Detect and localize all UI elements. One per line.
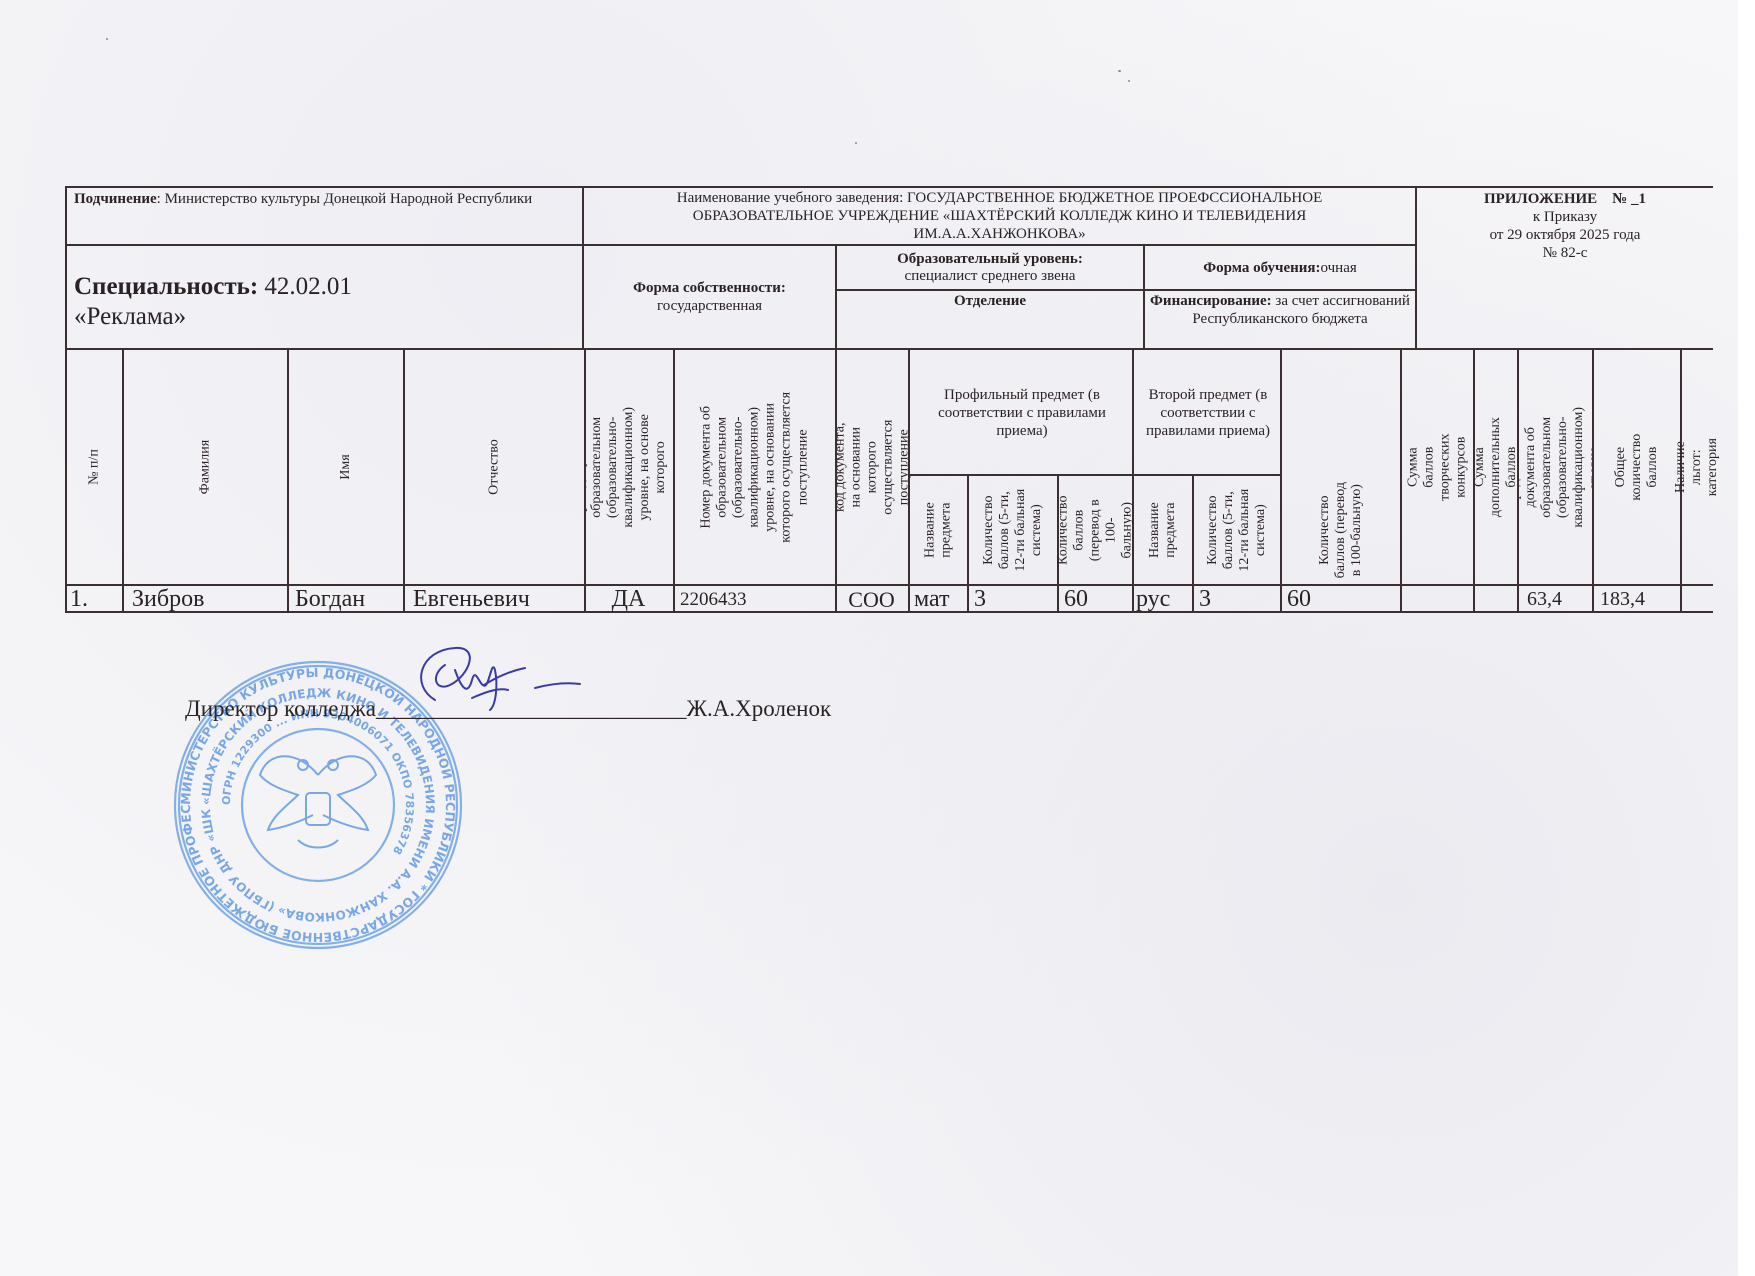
director-name: Ж.А.Хроленок bbox=[686, 696, 831, 721]
subordination-label: Подчинение bbox=[74, 191, 157, 207]
cell-doc-series: ДА bbox=[584, 586, 673, 612]
study-form-label: Форма обучения: bbox=[1203, 259, 1320, 277]
appendix-order: к Приказу bbox=[1417, 208, 1713, 226]
study-form-cell: Форма обучения: очная bbox=[1145, 246, 1415, 289]
handwritten-signature-icon bbox=[400, 640, 600, 720]
ownership-label: Форма собственности: bbox=[633, 279, 786, 297]
edu-level-label: Образовательный уровень: bbox=[897, 251, 1083, 268]
appendix-block: ПРИЛОЖЕНИЕ № _1 к Приказу от 29 октября … bbox=[1417, 190, 1713, 262]
cell-doc-number: 2206433 bbox=[680, 586, 747, 612]
eagle-emblem-icon bbox=[260, 756, 376, 847]
scan-speck bbox=[106, 38, 108, 40]
appendix-number: № 82-с bbox=[1417, 244, 1713, 262]
cell-profile-score-100: 60 bbox=[1064, 586, 1088, 612]
cell-num: 1. bbox=[70, 586, 88, 612]
col-header-profile-subject-name: Название предмета bbox=[910, 476, 967, 584]
col-header-total: Общее количество баллов bbox=[1594, 350, 1680, 584]
subordination-cell: Подчинение: Министерство культуры Донецк… bbox=[74, 190, 579, 209]
page-edge bbox=[1738, 0, 1755, 1276]
cell-doc-code: СОО bbox=[835, 586, 908, 612]
cell-total: 183,4 bbox=[1600, 586, 1645, 612]
appendix-date: от 29 октября 2025 года bbox=[1417, 226, 1713, 244]
col-header-second-subject-name: Название предмета bbox=[1134, 476, 1192, 584]
edu-level-cell: Образовательный уровень: специалист сред… bbox=[837, 246, 1143, 289]
scan-speck bbox=[855, 142, 857, 144]
col-header-profile-score-100: Количество баллов (перевод в 100-бальную… bbox=[1059, 476, 1132, 584]
ownership-value: государственная bbox=[657, 297, 762, 315]
financing-cell: Финансирование: за счет ассигнований Рес… bbox=[1150, 292, 1410, 328]
cell-second-score-100: 60 bbox=[1287, 586, 1311, 612]
col-header-profile-subject: Профильный предмет (в соответствии с пра… bbox=[912, 352, 1132, 474]
department-label: Отделение bbox=[837, 293, 1143, 310]
subordination-value: : Министерство культуры Донецкой Народно… bbox=[157, 191, 533, 207]
col-header-doc-code: код документа, на основании которого осу… bbox=[837, 350, 908, 584]
col-header-second-subject: Второй предмет (в соответствии с правила… bbox=[1136, 352, 1280, 474]
col-header-surname: Фамилия bbox=[124, 350, 287, 584]
col-header-extra-sum: Сумма дополнительных баллов bbox=[1475, 350, 1517, 584]
col-header-patronymic: Отчество bbox=[405, 350, 584, 584]
financing-label: Финансирование: bbox=[1150, 293, 1272, 309]
specialty-label: Специальность: bbox=[74, 273, 258, 300]
cell-second-score-5-12: 3 bbox=[1199, 586, 1211, 612]
institution-name: Наименование учебного заведения: ГОСУДАР… bbox=[584, 188, 1415, 244]
col-header-second-score-5-12: Количество баллов (5-ти, 12-ти бальная с… bbox=[1194, 476, 1280, 584]
col-header-doc-number: Номер документа об образовательном (обра… bbox=[675, 350, 835, 584]
cell-name: Богдан bbox=[295, 586, 365, 612]
col-header-num: № п/п bbox=[67, 350, 122, 584]
col-header-name: Имя bbox=[289, 350, 403, 584]
cell-profile-score-5-12: 3 bbox=[974, 586, 986, 612]
scan-speck bbox=[1128, 80, 1130, 82]
appendix-title: ПРИЛОЖЕНИЕ № _1 bbox=[1417, 190, 1713, 208]
col-header-profile-score-5-12: Количество баллов (5-ти, 12-ти бальная с… bbox=[969, 476, 1057, 584]
scan-speck bbox=[1118, 70, 1121, 72]
cell-patronymic: Евгеньевич bbox=[413, 586, 530, 612]
cell-profile-subject-name: мат bbox=[914, 586, 950, 612]
cell-avg-doc-score: 63,4 bbox=[1527, 586, 1562, 612]
cell-second-subject-name: рус bbox=[1136, 586, 1170, 612]
cell-surname: Зибров bbox=[132, 586, 204, 612]
specialty-cell: Специальность: 42.02.01 «Реклама» bbox=[74, 272, 579, 332]
col-header-doc-series: Серия документа об образовательном (обра… bbox=[586, 350, 673, 584]
col-header-creative-sum: Сумма баллов творческих конкурсов bbox=[1402, 350, 1473, 584]
ownership-cell: Форма собственности: государственная bbox=[584, 246, 835, 348]
col-header-benefits: Наличие льгот: категория bbox=[1682, 350, 1713, 584]
director-label: Директор колледжа bbox=[185, 696, 376, 721]
specialty-code: 42.02.01 bbox=[258, 273, 352, 300]
col-header-second-score-100: Количество баллов (перевод в 100-бальную… bbox=[1282, 476, 1400, 584]
study-form-value: очная bbox=[1321, 259, 1357, 277]
col-header-avg-doc-score: Средний балл документа об образовательно… bbox=[1519, 350, 1592, 584]
edu-level-value: специалист среднего звена bbox=[905, 268, 1076, 285]
specialty-name: «Реклама» bbox=[74, 302, 579, 332]
